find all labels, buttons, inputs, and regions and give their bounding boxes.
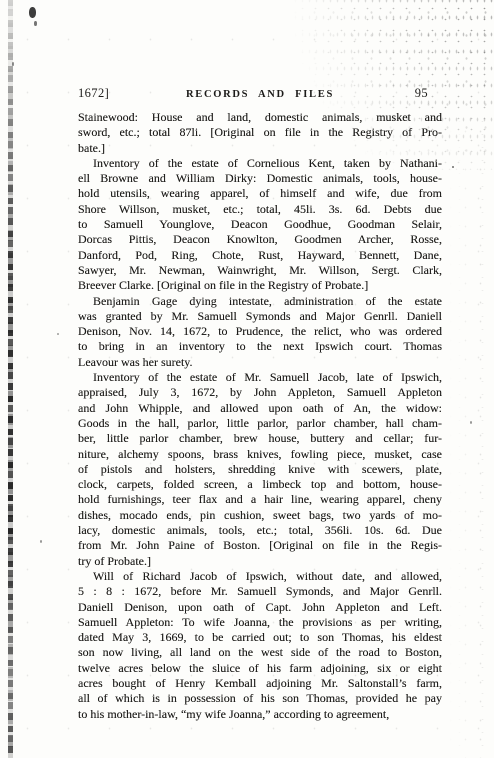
text-line: bate.] (78, 141, 442, 156)
ink-fleck (57, 333, 59, 335)
text-line: clock, carpets, folded screen, a limbeck… (78, 477, 442, 492)
text-line: ell Browne and William Dirky: Domestic a… (78, 171, 442, 186)
text-line: ber, little parlor chamber, brew house, … (78, 431, 442, 446)
text-line: Inventory of the estate of Mr. Samuell J… (78, 370, 442, 385)
text-line: appraised, July 3, 1672, by John Appleto… (78, 385, 442, 400)
text-line: acres bought of Henry Kemball adjoining … (78, 676, 442, 691)
text-line: niture, alchemy spoons, brass knives, fo… (78, 447, 442, 462)
text-line: twelve acres below the sluice of his far… (78, 661, 442, 676)
text-line: hold furnishings, teer flax and a hair l… (78, 492, 442, 507)
header-title: RECORDS AND FILES (78, 87, 442, 102)
text-line: from Mr. John Paine of Boston. [Original… (78, 538, 442, 553)
text-line: sword, etc.; total 87li. [Original on fi… (78, 125, 442, 140)
text-line: dishes, mocado ends, pin cushion, sweet … (78, 508, 442, 523)
text-line: to bring in an inventory to the next Ips… (78, 339, 442, 354)
text-line: Dorcas Pittis, Deacon Knowlton, Goodmen … (78, 232, 442, 247)
text-line: Shore Willson, musket, etc.; total, 45li… (78, 202, 442, 217)
text-line: hold utensils, wearing apparel, of himse… (78, 186, 442, 201)
ink-fleck (29, 7, 36, 18)
text-line: was granted by Mr. Samuell Symonds and M… (78, 309, 442, 324)
text-line: Breever Clarke. [Original on file in the… (78, 278, 442, 293)
running-header: 1672] RECORDS AND FILES 95 (78, 86, 442, 101)
text-line: Danford, Pod, Ring, Chote, Rust, Hayward… (78, 248, 442, 263)
text-line: Stainewood: House and land, domestic ani… (78, 110, 442, 125)
text-line: Sawyer, Mr. Newman, Wainwright, Mr. Will… (78, 263, 442, 278)
text-line: Leavour was her surety. (78, 355, 442, 370)
ink-fleck (470, 421, 472, 424)
text-line: try of Probate.] (78, 554, 442, 569)
header-page-number: 95 (415, 86, 428, 101)
text-line: Benjamin Gage dying intestate, administr… (78, 294, 442, 309)
text-line: of pistols and holsters, shredding knive… (78, 462, 442, 477)
text-line: Goods in the hall, parlor, little parlor… (78, 416, 442, 431)
text-line: to his mother-in-law, “my wife Joanna,” … (78, 707, 442, 722)
book-page: 1672] RECORDS AND FILES 95 Stainewood: H… (0, 0, 494, 758)
scan-noise-right-edge (439, 120, 494, 758)
ink-fleck (452, 166, 454, 168)
text-line: Will of Richard Jacob of Ipswich, withou… (78, 569, 442, 584)
ink-fleck (12, 62, 14, 66)
text-line: dated May 3, 1669, to be carried out; to… (78, 630, 442, 645)
text-line: and John Whipple, and allowed upon oath … (78, 401, 442, 416)
page-body: Stainewood: House and land, domestic ani… (78, 110, 442, 722)
ink-fleck (34, 21, 37, 26)
text-line: 5 : 8 : 1672, before Mr. Samuell Symonds… (78, 584, 442, 599)
binding-gutter-shadow (8, 0, 13, 758)
text-line: Daniell Denison, upon oath of Capt. John… (78, 600, 442, 615)
text-line: all of which is in possession of his son… (78, 691, 442, 706)
text-line: Samuell Appleton: To wife Joanna, the pr… (78, 615, 442, 630)
text-line: Inventory of the estate of Cornelious Ke… (78, 156, 442, 171)
text-line: Denison, Nov. 14, 1672, to Prudence, the… (78, 324, 442, 339)
text-line: lacy, domestic animals, tools, etc.; tot… (78, 523, 442, 538)
text-line: son now living, all land on the west sid… (78, 645, 442, 660)
text-line: to Samuell Younglove, Deacon Goodhue, Go… (78, 217, 442, 232)
ink-fleck (40, 540, 42, 543)
